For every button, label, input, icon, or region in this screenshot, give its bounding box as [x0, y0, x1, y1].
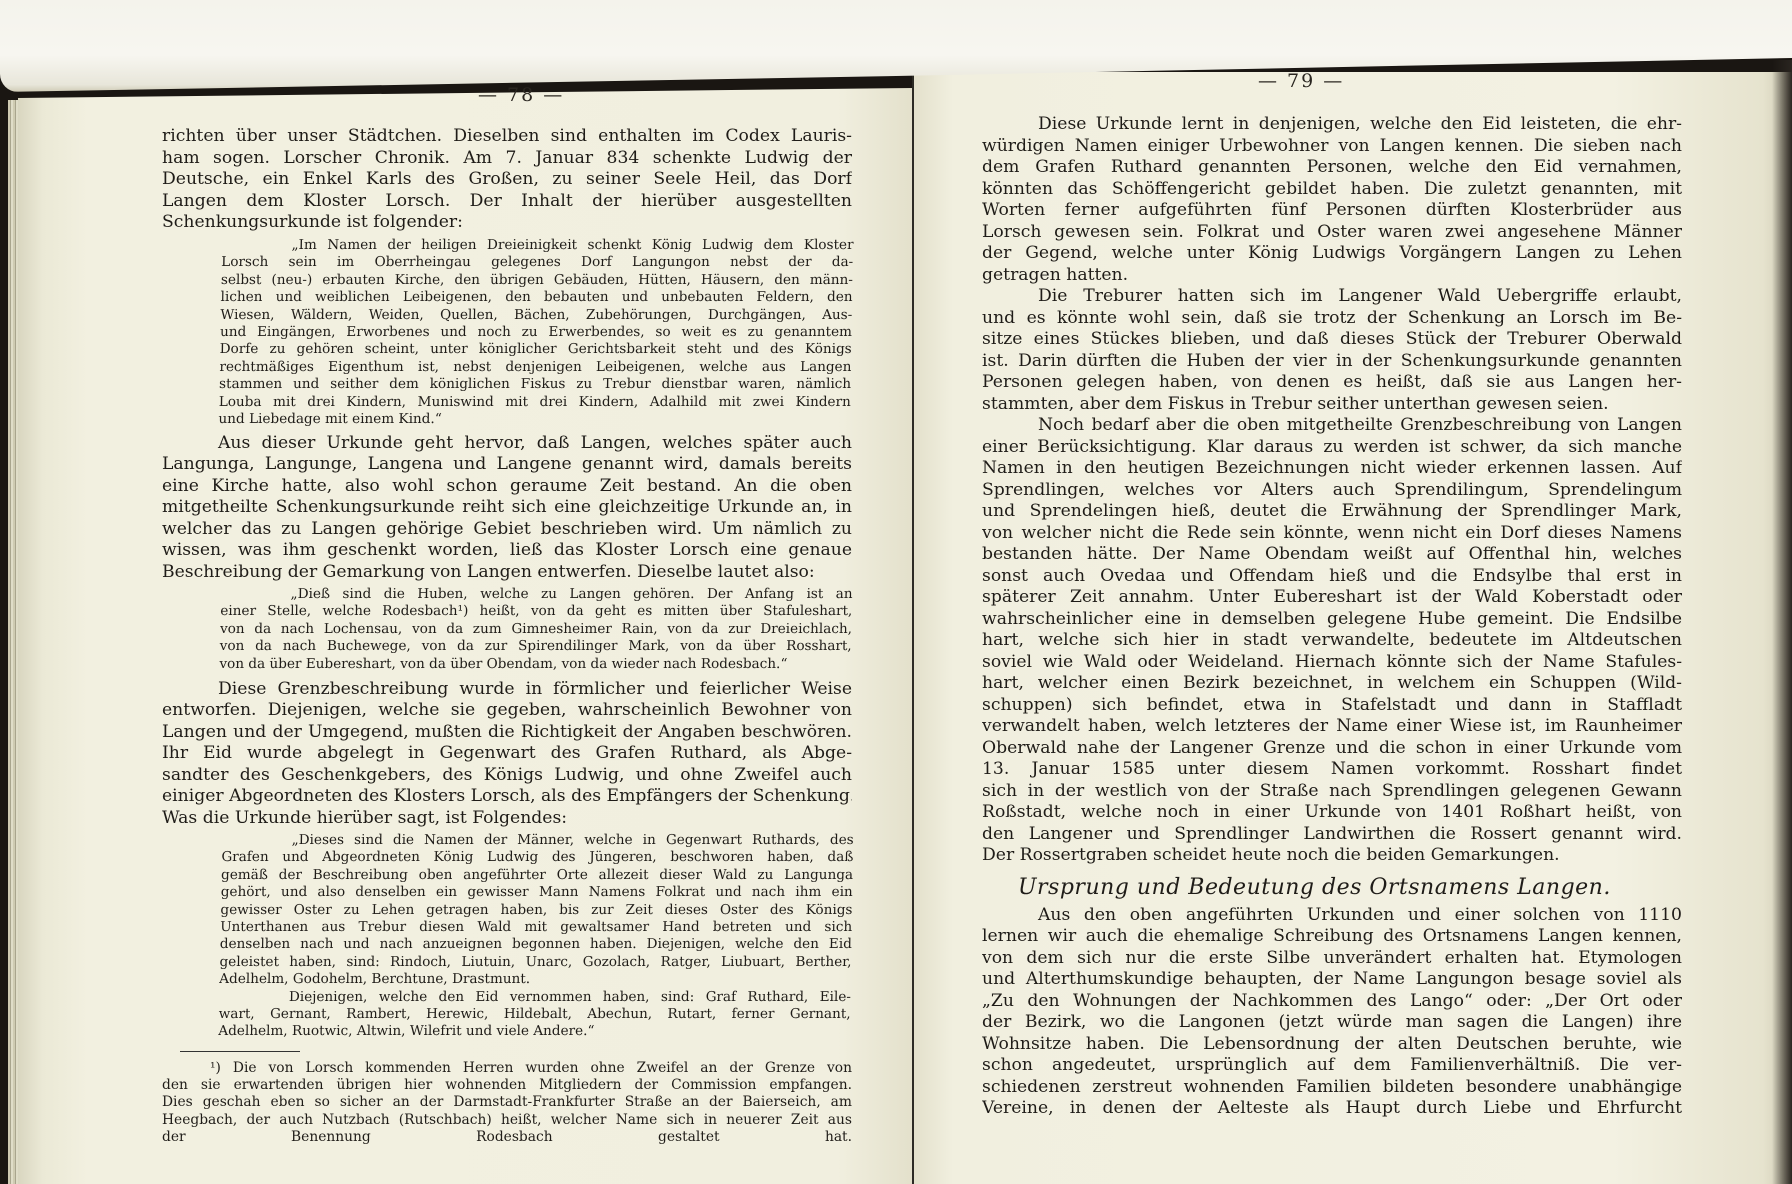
text-line: schon angedeutet, ursprünglich auf dem F…: [982, 1055, 1682, 1077]
text-line: ist. Darin dürften die Huben der vier in…: [982, 351, 1682, 373]
text-line: stammen und seither dem königlichen Fisk…: [161, 376, 851, 393]
paragraph: Diese Urkunde lernt in denjenigen, welch…: [982, 114, 1682, 286]
text-line: Unterthanen aus Trebur diesen Wald mit g…: [162, 919, 852, 936]
text-line: Beschreibung der Gemarkung von Langen en…: [162, 562, 852, 584]
text-line: und Sprendelingen hieß, deutet die Erwäh…: [982, 501, 1682, 523]
paragraph: Die Treburer hatten sich im Langener Wal…: [982, 286, 1682, 415]
text-line: der Bezirk, wo die Langonen (jetzt würde…: [982, 1012, 1682, 1034]
text-line: Langen dem Kloster Lorsch. Der Inhalt de…: [162, 191, 852, 213]
text-line: Die Treburer hatten sich im Langener Wal…: [982, 286, 1682, 308]
text-line: Langunga, Langunge, Langena und Langene …: [162, 454, 852, 476]
text-line: selbst (neu-) erbauten Kirche, den übrig…: [163, 271, 853, 288]
text-line: sich in der westlich von der Straße nach…: [982, 781, 1682, 803]
text-line: von dem sich nur die erste Silbe unverän…: [982, 948, 1682, 970]
paragraph: Diese Grenzbeschreibung wurde in förmlic…: [162, 679, 852, 830]
text-line: Schenkungsurkunde ist folgender:: [162, 212, 852, 234]
text-line: eine Kirche hatte, also wohl schon gerau…: [162, 476, 852, 498]
text-line: Oberwald nahe der Langener Grenze und di…: [982, 738, 1682, 760]
text-line: Aus dieser Urkunde geht hervor, daß Lang…: [162, 433, 852, 455]
text-line: Namen in den heutigen Bezeichnungen nich…: [982, 458, 1682, 480]
text-line: von da über Eubereshart, von da über Obe…: [161, 656, 851, 673]
text-line: den Langener und Sprendlinger Landwirthe…: [982, 824, 1682, 846]
text-line: Louba mit drei Kindern, Muniswind mit dr…: [161, 393, 851, 410]
text-line: welcher das zu Langen gehörige Gebiet be…: [162, 519, 852, 541]
text-line: lichen und weiblichen Leibeigenen, den b…: [162, 289, 852, 306]
text-line: einiger Abgeordneten des Klosters Lorsch…: [162, 786, 852, 808]
text-line: „Im Namen der heiligen Dreieinigkeit sch…: [163, 237, 853, 254]
text-line: der Gegend, welche unter König Ludwigs V…: [982, 243, 1682, 265]
text-line: von da nach Lochensau, von da zum Gimnes…: [162, 621, 852, 638]
open-book-scan: — 78 — — 79 — richten über unser Städtch…: [0, 0, 1792, 1184]
paragraph: Aus dieser Urkunde geht hervor, daß Lang…: [162, 433, 852, 584]
text-line: Personen gelegen haben, von denen es hei…: [982, 372, 1682, 394]
text-line: Vereine, in denen der Aelteste als Haupt…: [982, 1098, 1682, 1120]
text-line: sonst auch Ovedaa und Offendam hieß und …: [982, 566, 1682, 588]
text-line: gemäß der Beschreibung oben angeführter …: [163, 867, 853, 884]
text-line: Ihr Eid wurde abgelegt in Gegenwart des …: [162, 743, 852, 765]
text-line: Langen und der Umgegend, mußten die Rich…: [162, 722, 852, 744]
text-line: gehört, und also denselben ein gewisser …: [163, 884, 853, 901]
text-line: Adelhelm, Godohelm, Berchtune, Drastmunt…: [161, 971, 851, 988]
text-line: lernen wir auch die ehemalige Schreibung…: [982, 926, 1682, 948]
text-line: einer Berücksichtigung. Klar daraus zu w…: [982, 437, 1682, 459]
book-gutter: [912, 72, 914, 1184]
text-line: Dorfe zu gehören scheint, unter königlic…: [162, 341, 852, 358]
text-line: Lorsch gewesen sein. Folkrat und Oster w…: [982, 222, 1682, 244]
text-line: Grafen und Abgeordneten König Ludwig des…: [163, 849, 853, 866]
text-line: ¹) Die von Lorsch kommenden Herren wurde…: [162, 1060, 852, 1077]
text-line: Deutsche, ein Enkel Karls des Großen, zu…: [162, 169, 852, 191]
text-line: späterer Zeit annahm. Unter Eubereshart …: [982, 587, 1682, 609]
text-line: verwandelt haben, welch letzteres der Na…: [982, 716, 1682, 738]
text-line: Adelhelm, Ruotwic, Altwin, Wilefrit und …: [160, 1023, 850, 1040]
text-line: soviel wie Wald oder Weideland. Hiernach…: [982, 652, 1682, 674]
text-line: sandter des Geschenkgebers, des Königs L…: [162, 765, 852, 787]
text-line: wart, Gernant, Rambert, Herewic, Hildeba…: [160, 1006, 850, 1023]
text-line: sitze eines Stückes blieben, und daß die…: [982, 329, 1682, 351]
text-line: Diese Grenzbeschreibung wurde in förmlic…: [162, 679, 852, 701]
text-line: stammten, aber dem Fiskus in Trebur seit…: [982, 394, 1682, 416]
quoted-charter: „Im Namen der heiligen Dreieinigkeit sch…: [160, 237, 853, 428]
text-line: Der Rossertgraben scheidet heute noch di…: [982, 845, 1682, 867]
text-line: Noch bedarf aber die oben mitgetheilte G…: [982, 415, 1682, 437]
text-line: könnten das Schöffengericht gebildet hab…: [982, 179, 1682, 201]
text-line: rechtmäßiges Eigenthum ist, nebst denjen…: [161, 358, 851, 375]
text-line: und Liebedage mit einem Kind.“: [160, 411, 850, 428]
text-line: Diejenigen, welche den Eid vernommen hab…: [161, 989, 851, 1006]
text-line: entworfen. Diejenigen, welche sie gegebe…: [162, 700, 852, 722]
quoted-oath-witnesses: „Dieses sind die Namen der Männer, welch…: [160, 832, 854, 1041]
text-line: hart, welche sich hier in stadt verwande…: [982, 630, 1682, 652]
text-line: und es könnte wohl sein, daß sie trotz d…: [982, 308, 1682, 330]
right-edge-shadow: [1772, 60, 1792, 1184]
text-line: der Benennung Rodesbach gestaltet hat.: [162, 1129, 852, 1146]
paragraph: Aus den oben angeführten Urkunden und ei…: [982, 905, 1682, 1120]
text-line: Sprendlingen, welches vor Alters auch Sp…: [982, 480, 1682, 502]
section-heading: Ursprung und Bedeutung des Ortsnamens La…: [1018, 873, 1682, 903]
right-page-text: Diese Urkunde lernt in denjenigen, welch…: [982, 114, 1682, 1120]
page-number-right: — 79 —: [1258, 70, 1344, 92]
text-line: Aus den oben angeführten Urkunden und ei…: [982, 905, 1682, 927]
text-line: geleistet haben, sind: Rindoch, Liutuin,…: [161, 954, 851, 971]
text-line: gewisser Oster zu Lehen getragen haben, …: [162, 902, 852, 919]
text-line: Wohnsitze haben. Die Lebensordnung der a…: [982, 1034, 1682, 1056]
paragraph: richten über unser Städtchen. Dieselben …: [162, 126, 852, 234]
text-line: schuppen) sich befindet, etwa in Stafels…: [982, 695, 1682, 717]
text-line: Diese Urkunde lernt in denjenigen, welch…: [982, 114, 1682, 136]
text-line: schiedenen zerstreut wohnenden Familien …: [982, 1077, 1682, 1099]
text-line: würdigen Namen einiger Urbewohner von La…: [982, 136, 1682, 158]
text-line: Roßstadt, welche noch in einer Urkunde v…: [982, 802, 1682, 824]
text-line: 13. Januar 1585 unter diesem Namen vorko…: [982, 759, 1682, 781]
text-line: Was die Urkunde hierüber sagt, ist Folge…: [162, 808, 852, 830]
text-line: wissen, was ihm geschenkt worden, ließ d…: [162, 540, 852, 562]
text-line: bestanden hätte. Der Name Obendam weißt …: [982, 544, 1682, 566]
left-page-text: richten über unser Städtchen. Dieselben …: [162, 126, 852, 1146]
text-line: von welcher nicht die Rede sein könnte, …: [982, 523, 1682, 545]
text-line: mitgetheilte Schenkungsurkunde reiht sic…: [162, 497, 852, 519]
text-line: Heegbach, der auch Nutzbach (Rutschbach)…: [162, 1112, 852, 1129]
text-line: richten über unser Städtchen. Dieselben …: [162, 126, 852, 148]
text-line: Worten ferner aufgeführten fünf Personen…: [982, 200, 1682, 222]
text-line: „Zu den Wohnungen der Nachkommen des Lan…: [982, 991, 1682, 1013]
footnote: ¹) Die von Lorsch kommenden Herren wurde…: [162, 1060, 852, 1146]
footnote-divider: [180, 1051, 300, 1052]
text-line: hart, welcher einen Bezirk bezeichnet, i…: [982, 673, 1682, 695]
text-line: Lorsch sein im Oberrheingau gelegenes Do…: [163, 254, 853, 271]
text-line: „Dieß sind die Huben, welche zu Langen g…: [162, 586, 852, 603]
paragraph: Noch bedarf aber die oben mitgetheilte G…: [982, 415, 1682, 867]
text-line: „Dieses sind die Namen der Männer, welch…: [164, 832, 854, 849]
text-line: dem Grafen Ruthard genannten Personen, w…: [982, 157, 1682, 179]
text-line: wahrscheinlicher eine in demselben geleg…: [982, 609, 1682, 631]
quoted-boundary-description: „Dieß sind die Huben, welche zu Langen g…: [161, 586, 853, 673]
text-line: Dies geschah eben so sicher an der Darms…: [162, 1094, 852, 1111]
text-line: ham sogen. Lorscher Chronik. Am 7. Janua…: [162, 148, 852, 170]
text-line: den sie erwartenden übrigen hier wohnend…: [162, 1077, 852, 1094]
text-line: einer Stelle, welche Rodesbach¹) heißt, …: [162, 604, 852, 621]
text-line: und Eingängen, Erworbenes und noch zu Er…: [162, 324, 852, 341]
text-line: Wiesen, Wäldern, Weiden, Quellen, Bächen…: [162, 306, 852, 323]
text-line: getragen hatten.: [982, 265, 1682, 287]
text-line: von da nach Buchewege, von da zur Spiren…: [162, 639, 852, 656]
text-line: denselben nach und nach anzueignen begon…: [162, 936, 852, 953]
text-line: und Alterthumskundige behaupten, der Nam…: [982, 969, 1682, 991]
page-number-left: — 78 —: [478, 84, 564, 106]
